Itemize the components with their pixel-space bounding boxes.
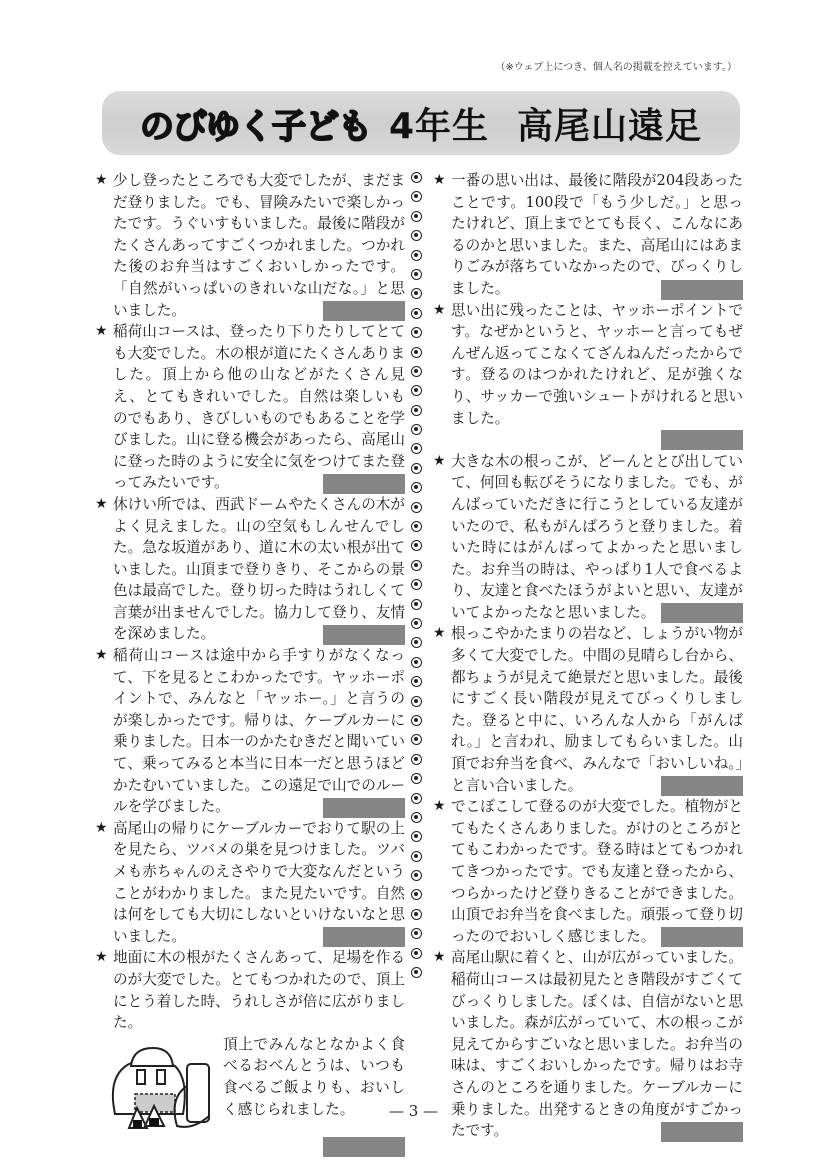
redacted-name <box>323 301 405 321</box>
flower-icon <box>411 502 422 513</box>
flower-icon <box>411 230 422 241</box>
flower-icon <box>411 579 422 590</box>
essay-entry: ★ 根っこやかたまりの岩など、しょうがい物が多くて大変でした。中間の見晴らし台か… <box>433 623 743 796</box>
flower-icon <box>411 347 422 358</box>
flower-icon <box>411 851 422 862</box>
series-title: のびゆく子ども <box>140 99 371 148</box>
flower-icon <box>411 482 422 493</box>
flower-icon <box>411 269 422 280</box>
star-icon: ★ <box>433 451 446 473</box>
privacy-notice: （※ウェブ上につき、個人名の掲載を控えています。） <box>495 58 737 73</box>
flower-icon <box>411 889 422 900</box>
star-icon: ★ <box>433 170 446 192</box>
flower-icon <box>411 618 422 629</box>
flower-icon <box>411 405 422 416</box>
grade-title: 4年生 <box>389 98 489 149</box>
flower-icon <box>411 696 422 707</box>
essay-entry: ★ でこぼこして登るのが大変でした。植物がとてもたくさんありました。がけのところ… <box>433 796 743 947</box>
redacted-name <box>323 474 405 494</box>
essay-text: でこぼこして登るのが大変でした。植物がとてもたくさんありました。がけのところがと… <box>451 798 743 945</box>
backpack-lunch-illustration <box>103 1036 215 1136</box>
star-icon: ★ <box>95 645 108 667</box>
flower-icon <box>411 812 422 823</box>
star-icon: ★ <box>95 947 108 969</box>
flower-icon <box>411 637 422 648</box>
star-icon: ★ <box>433 947 446 969</box>
essay-entry: ★ 地面に木の根がたくさんあって、足場を作るのが大変でした。とてもつかれたので、… <box>95 947 405 1157</box>
flower-icon <box>411 909 422 920</box>
event-title: 高尾山遠足 <box>517 98 702 149</box>
flower-icon <box>411 870 422 881</box>
essay-text: 稲荷山コースは途中から手すりがなくなって、下を見るとこわかったです。ヤッホーポイ… <box>113 647 405 815</box>
flower-icon <box>411 967 422 978</box>
left-column: ★ 少し登ったところでも大変でしたが、まだまだ登りました。でも、冒険みたいで楽し… <box>95 170 405 1157</box>
star-icon: ★ <box>95 818 108 840</box>
redacted-name <box>661 1122 743 1142</box>
essay-text: 思い出に残ったことは、ヤッホーポイントです。なぜかというと、ヤッホーと言ってもぜ… <box>451 302 743 427</box>
right-column: ★ 一番の思い出は、最後に階段が204段あったことです。100段で「もう少しだ。… <box>433 170 743 1142</box>
star-icon: ★ <box>95 321 108 343</box>
flower-icon <box>411 424 422 435</box>
flower-icon <box>411 443 422 454</box>
star-icon: ★ <box>433 300 446 322</box>
essay-entry: ★ 休けい所では、西武ドームやたくさんの木がよく見えました。山の空気もしんせんで… <box>95 494 405 645</box>
essay-entry: ★ 大きな木の根っこが、どーんととび出していて、何回も転びそうになりました。でも… <box>433 451 743 624</box>
essay-text: 大きな木の根っこが、どーんととび出していて、何回も転びそうになりました。でも、が… <box>451 453 743 621</box>
essay-text: 根っこやかたまりの岩など、しょうがい物が多くて大変でした。中間の見晴らし台から、… <box>451 625 743 793</box>
flower-icon <box>411 734 422 745</box>
title-banner: のびゆく子ども 4年生 高尾山遠足 <box>102 91 740 155</box>
flower-icon <box>411 521 422 532</box>
essay-entry: ★ 稲荷山コースは、登ったり下りたりしてとても大変でした。木の根が道にたくさんあ… <box>95 321 405 494</box>
redacted-name <box>661 927 743 947</box>
flower-icon <box>411 676 422 687</box>
star-icon: ★ <box>95 494 108 516</box>
page-number: — 3 — <box>0 1102 827 1120</box>
flower-icon <box>411 191 422 202</box>
redacted-name <box>661 776 743 796</box>
flower-icon <box>411 250 422 261</box>
redacted-name <box>323 927 405 947</box>
star-icon: ★ <box>433 796 446 818</box>
redacted-name <box>323 798 405 818</box>
redacted-name <box>661 430 743 450</box>
redacted-name <box>323 1137 405 1157</box>
flower-icon <box>411 172 422 183</box>
redacted-name <box>323 625 405 645</box>
essay-text: 地面に木の根がたくさんあって、足場を作るのが大変でした。とてもつかれたので、頂上… <box>113 949 405 1031</box>
flower-divider <box>411 172 425 978</box>
flower-icon <box>411 599 422 610</box>
essay-entry: ★ 少し登ったところでも大変でしたが、まだまだ登りました。でも、冒険みたいで楽し… <box>95 170 405 321</box>
flower-icon <box>411 793 422 804</box>
flower-icon <box>411 463 422 474</box>
flower-icon <box>411 385 422 396</box>
flower-icon <box>411 288 422 299</box>
essay-text: 稲荷山コースは、登ったり下りたりしてとても大変でした。木の根が道にたくさんありま… <box>113 323 405 491</box>
flower-icon <box>411 540 422 551</box>
flower-icon <box>411 366 422 377</box>
flower-icon <box>411 560 422 571</box>
essay-text: 少し登ったところでも大変でしたが、まだまだ登りました。でも、冒険みたいで楽しかっ… <box>113 172 405 319</box>
flower-icon <box>411 948 422 959</box>
flower-icon <box>411 831 422 842</box>
redacted-name <box>661 603 743 623</box>
essay-entry: ★ 一番の思い出は、最後に階段が204段あったことです。100段で「もう少しだ。… <box>433 170 743 300</box>
flower-icon <box>411 754 422 765</box>
flower-icon <box>411 928 422 939</box>
essay-entry: ★ 稲荷山コースは途中から手すりがなくなって、下を見るとこわかったです。ヤッホー… <box>95 645 405 818</box>
flower-icon <box>411 211 422 222</box>
redacted-name <box>661 280 743 300</box>
star-icon: ★ <box>433 623 446 645</box>
flower-icon <box>411 327 422 338</box>
essay-text: 一番の思い出は、最後に階段が204段あったことです。100段で「もう少しだ。」と… <box>451 172 743 297</box>
flower-icon <box>411 715 422 726</box>
flower-icon <box>411 657 422 668</box>
essay-text: 高尾山の帰りにケーブルカーでおりて駅の上を見たら、ツバメの巣を見つけました。ツバ… <box>113 820 405 945</box>
flower-icon <box>411 773 422 784</box>
essay-text: 休けい所では、西武ドームやたくさんの木がよく見えました。山の空気もしんせんでした… <box>113 496 405 643</box>
flower-icon <box>411 308 422 319</box>
essay-entry: ★ 高尾山の帰りにケーブルカーでおりて駅の上を見たら、ツバメの巣を見つけました。… <box>95 818 405 948</box>
essay-entry: ★ 思い出に残ったことは、ヤッホーポイントです。なぜかというと、ヤッホーと言って… <box>433 300 743 451</box>
star-icon: ★ <box>95 170 108 192</box>
